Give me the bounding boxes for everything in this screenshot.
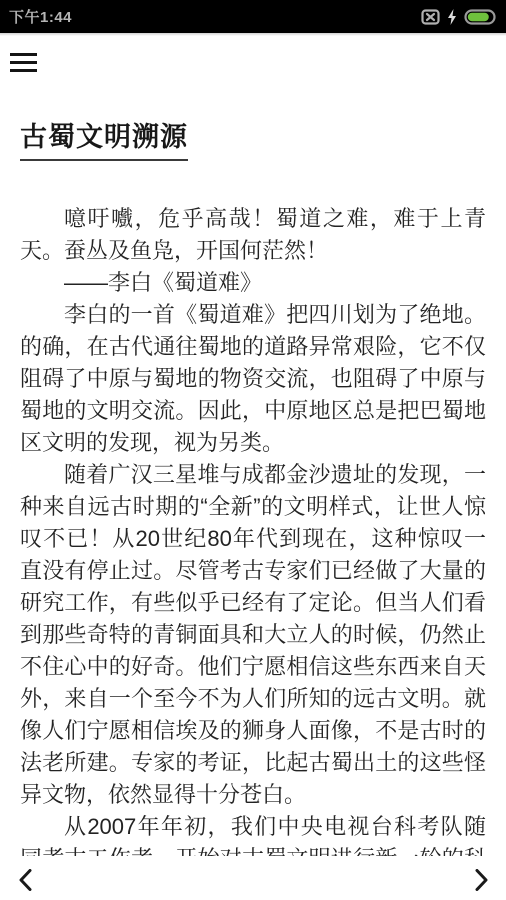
paragraph: 随着广汉三星堆与成都金沙遗址的发现，一种来自远古时期的“全新”的文明样式，让世人… <box>20 459 486 811</box>
hamburger-menu-icon[interactable] <box>10 53 37 72</box>
battery-icon <box>464 9 497 25</box>
next-page-button[interactable] <box>469 866 493 894</box>
status-bar: 下午1:44 <box>0 0 506 33</box>
article: 古蜀文明溯源 噫吁嚱，危乎高哉！蜀道之难，难于上青天。蚕丛及鱼凫，开国何茫然！ … <box>20 72 486 900</box>
app-screen: 下午1:44 古蜀文明溯源 <box>0 0 506 900</box>
chevron-right-icon <box>475 869 488 891</box>
article-body: 噫吁嚱，危乎高哉！蜀道之难，难于上青天。蚕丛及鱼凫，开国何茫然！ ——李白《蜀道… <box>20 203 486 900</box>
status-icons <box>421 9 497 25</box>
article-title: 古蜀文明溯源 <box>20 115 188 161</box>
prev-page-button[interactable] <box>13 866 37 894</box>
status-time: 下午1:44 <box>9 6 72 27</box>
charging-icon <box>447 9 457 25</box>
sim-missing-icon <box>421 9 440 25</box>
page-navigation <box>0 856 506 900</box>
paragraph: 李白的一首《蜀道难》把四川划为了绝地。的确，在古代通往蜀地的道路异常艰险，它不仅… <box>20 299 486 459</box>
chevron-left-icon <box>19 869 32 891</box>
paragraph-attribution: ——李白《蜀道难》 <box>20 267 486 299</box>
reader-content: 古蜀文明溯源 噫吁嚱，危乎高哉！蜀道之难，难于上青天。蚕丛及鱼凫，开国何茫然！ … <box>0 36 506 900</box>
paragraph-poem: 噫吁嚱，危乎高哉！蜀道之难，难于上青天。蚕丛及鱼凫，开国何茫然！ <box>20 203 486 267</box>
